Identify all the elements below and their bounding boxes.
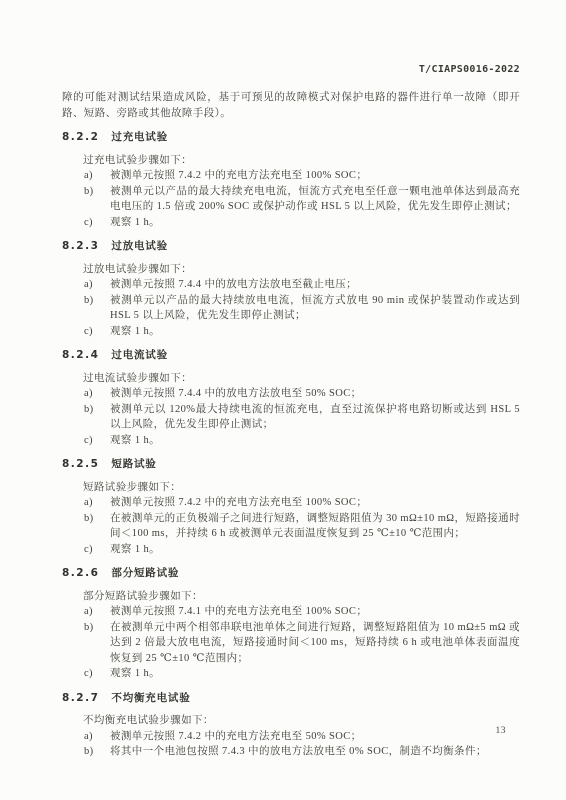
step-label: c) <box>84 666 110 682</box>
step-label: b) <box>84 184 110 215</box>
step-label: c) <box>84 542 110 558</box>
step-list: a) 被测单元按照 7.4.4 中的放电方法放电至截止电压； b) 被测单元以产… <box>62 277 520 339</box>
document-page: T/CIAPS0016-2022 障的可能对测试结果造成风险，基于可预见的故障模… <box>0 0 566 800</box>
step-label: b) <box>84 402 110 433</box>
step-item: a) 被测单元按照 7.4.2 中的充电方法充电至 100% SOC； <box>84 168 520 184</box>
section-title: 过充电试验 <box>111 130 168 146</box>
step-list: a) 被测单元按照 7.4.2 中的充电方法充电至 100% SOC； b) 在… <box>62 495 520 557</box>
standard-code-header: T/CIAPS0016-2022 <box>62 64 520 76</box>
section: 8.2.5 短路试验 短路试验步骤如下： a) 被测单元按照 7.4.2 中的充… <box>62 457 520 557</box>
section-heading: 8.2.3 过放电试验 <box>62 239 520 255</box>
step-item: b) 在被测单元中两个相邻串联电池单体之间进行短路，调整短路阻值为 10 mΩ±… <box>84 620 520 667</box>
step-text: 在被测单元的正负极端子之间进行短路，调整短路阻值为 30 mΩ±10 mΩ，短路… <box>110 511 520 542</box>
step-text: 被测单元按照 7.4.2 中的充电方法充电至 100% SOC； <box>110 168 520 184</box>
step-item: c) 观察 1 h。 <box>84 324 520 340</box>
step-list: a) 被测单元按照 7.4.2 中的充电方法充电至 100% SOC； b) 被… <box>62 168 520 230</box>
section-number: 8.2.4 <box>62 348 99 364</box>
step-item: b) 将其中一个电池包按照 7.4.3 中的放电方法放电至 0% SOC，制造不… <box>84 744 520 760</box>
step-label: b) <box>84 511 110 542</box>
section-heading: 8.2.5 短路试验 <box>62 457 520 473</box>
step-label: a) <box>84 495 110 511</box>
step-item: b) 被测单元以产品的最大持续放电电流，恒流方式放电 90 min 或保护装置动… <box>84 293 520 324</box>
step-text: 将其中一个电池包按照 7.4.3 中的放电方法放电至 0% SOC，制造不均衡条… <box>110 744 520 760</box>
section-intro: 过电流试验步骤如下： <box>83 371 520 387</box>
section-title: 部分短路试验 <box>111 566 179 582</box>
step-label: a) <box>84 604 110 620</box>
page-content: T/CIAPS0016-2022 障的可能对测试结果造成风险，基于可预见的故障模… <box>62 0 520 760</box>
section-number: 8.2.5 <box>62 457 99 473</box>
section-heading: 8.2.7 不均衡充电试验 <box>62 691 520 707</box>
step-item: a) 被测单元按照 7.4.2 中的充电方法充电至 100% SOC； <box>84 495 520 511</box>
section: 8.2.6 部分短路试验 部分短路试验步骤如下： a) 被测单元按照 7.4.1… <box>62 566 520 682</box>
section-title: 不均衡充电试验 <box>111 691 190 707</box>
step-text: 被测单元以 120%最大持续电流的恒流充电，直至过流保护将电路切断或达到 HSL… <box>110 402 520 433</box>
sections-container: 8.2.2 过充电试验 过充电试验步骤如下： a) 被测单元按照 7.4.2 中… <box>62 130 520 760</box>
step-text: 被测单元按照 7.4.1 中的充电方法充电至 100% SOC； <box>110 604 520 620</box>
step-text: 被测单元以产品的最大持续充电电流，恒流方式充电至任意一颗电池单体达到最高充电电压… <box>110 184 520 215</box>
step-item: c) 观察 1 h。 <box>84 666 520 682</box>
step-item: b) 在被测单元的正负极端子之间进行短路，调整短路阻值为 30 mΩ±10 mΩ… <box>84 511 520 542</box>
section-intro: 过放电试验步骤如下： <box>83 262 520 278</box>
step-item: c) 观察 1 h。 <box>84 542 520 558</box>
step-label: b) <box>84 744 110 760</box>
page-number: 13 <box>496 726 507 736</box>
section-heading: 8.2.4 过电流试验 <box>62 348 520 364</box>
step-text: 观察 1 h。 <box>110 666 520 682</box>
section-intro: 部分短路试验步骤如下： <box>83 589 520 605</box>
step-text: 观察 1 h。 <box>110 433 520 449</box>
step-label: a) <box>84 168 110 184</box>
step-label: c) <box>84 215 110 231</box>
section-title: 过放电试验 <box>111 239 168 255</box>
step-text: 被测单元按照 7.4.4 中的放电方法放电至 50% SOC； <box>110 386 520 402</box>
step-list: a) 被测单元按照 7.4.1 中的充电方法充电至 100% SOC； b) 在… <box>62 604 520 682</box>
step-text: 观察 1 h。 <box>110 542 520 558</box>
step-label: c) <box>84 324 110 340</box>
section-number: 8.2.6 <box>62 566 99 582</box>
section-title: 短路试验 <box>111 457 156 473</box>
step-label: a) <box>84 729 110 745</box>
section: 8.2.7 不均衡充电试验 不均衡充电试验步骤如下： a) 被测单元按照 7.4… <box>62 691 520 760</box>
section-number: 8.2.2 <box>62 130 99 146</box>
step-list: a) 被测单元按照 7.4.2 中的充电方法充电至 50% SOC； b) 将其… <box>62 729 520 760</box>
step-list: a) 被测单元按照 7.4.4 中的放电方法放电至 50% SOC； b) 被测… <box>62 386 520 448</box>
section-number: 8.2.7 <box>62 691 99 707</box>
section: 8.2.2 过充电试验 过充电试验步骤如下： a) 被测单元按照 7.4.2 中… <box>62 130 520 230</box>
step-item: a) 被测单元按照 7.4.2 中的充电方法充电至 50% SOC； <box>84 729 520 745</box>
step-text: 被测单元按照 7.4.4 中的放电方法放电至截止电压； <box>110 277 520 293</box>
step-text: 被测单元以产品的最大持续放电电流，恒流方式放电 90 min 或保护装置动作或达… <box>110 293 520 324</box>
step-text: 观察 1 h。 <box>110 324 520 340</box>
step-text: 被测单元按照 7.4.2 中的充电方法充电至 50% SOC； <box>110 729 520 745</box>
step-text: 在被测单元中两个相邻串联电池单体之间进行短路，调整短路阻值为 10 mΩ±5 m… <box>110 620 520 667</box>
section-heading: 8.2.2 过充电试验 <box>62 130 520 146</box>
section-intro: 过充电试验步骤如下： <box>83 153 520 169</box>
step-item: b) 被测单元以 120%最大持续电流的恒流充电，直至过流保护将电路切断或达到 … <box>84 402 520 433</box>
section-title: 过电流试验 <box>111 348 168 364</box>
step-label: c) <box>84 433 110 449</box>
step-item: b) 被测单元以产品的最大持续充电电流，恒流方式充电至任意一颗电池单体达到最高充… <box>84 184 520 215</box>
step-label: b) <box>84 293 110 324</box>
continued-paragraph: 障的可能对测试结果造成风险，基于可预见的故障模式对保护电路的器件进行单一故障（即… <box>62 90 520 121</box>
section-intro: 不均衡充电试验步骤如下： <box>83 713 520 729</box>
step-item: c) 观察 1 h。 <box>84 433 520 449</box>
step-label: b) <box>84 620 110 667</box>
step-text: 被测单元按照 7.4.2 中的充电方法充电至 100% SOC； <box>110 495 520 511</box>
section: 8.2.4 过电流试验 过电流试验步骤如下： a) 被测单元按照 7.4.4 中… <box>62 348 520 448</box>
section-intro: 短路试验步骤如下： <box>83 480 520 496</box>
section-number: 8.2.3 <box>62 239 99 255</box>
step-label: a) <box>84 277 110 293</box>
step-text: 观察 1 h。 <box>110 215 520 231</box>
section-heading: 8.2.6 部分短路试验 <box>62 566 520 582</box>
step-item: a) 被测单元按照 7.4.1 中的充电方法充电至 100% SOC； <box>84 604 520 620</box>
step-label: a) <box>84 386 110 402</box>
step-item: c) 观察 1 h。 <box>84 215 520 231</box>
section: 8.2.3 过放电试验 过放电试验步骤如下： a) 被测单元按照 7.4.4 中… <box>62 239 520 339</box>
step-item: a) 被测单元按照 7.4.4 中的放电方法放电至 50% SOC； <box>84 386 520 402</box>
step-item: a) 被测单元按照 7.4.4 中的放电方法放电至截止电压； <box>84 277 520 293</box>
